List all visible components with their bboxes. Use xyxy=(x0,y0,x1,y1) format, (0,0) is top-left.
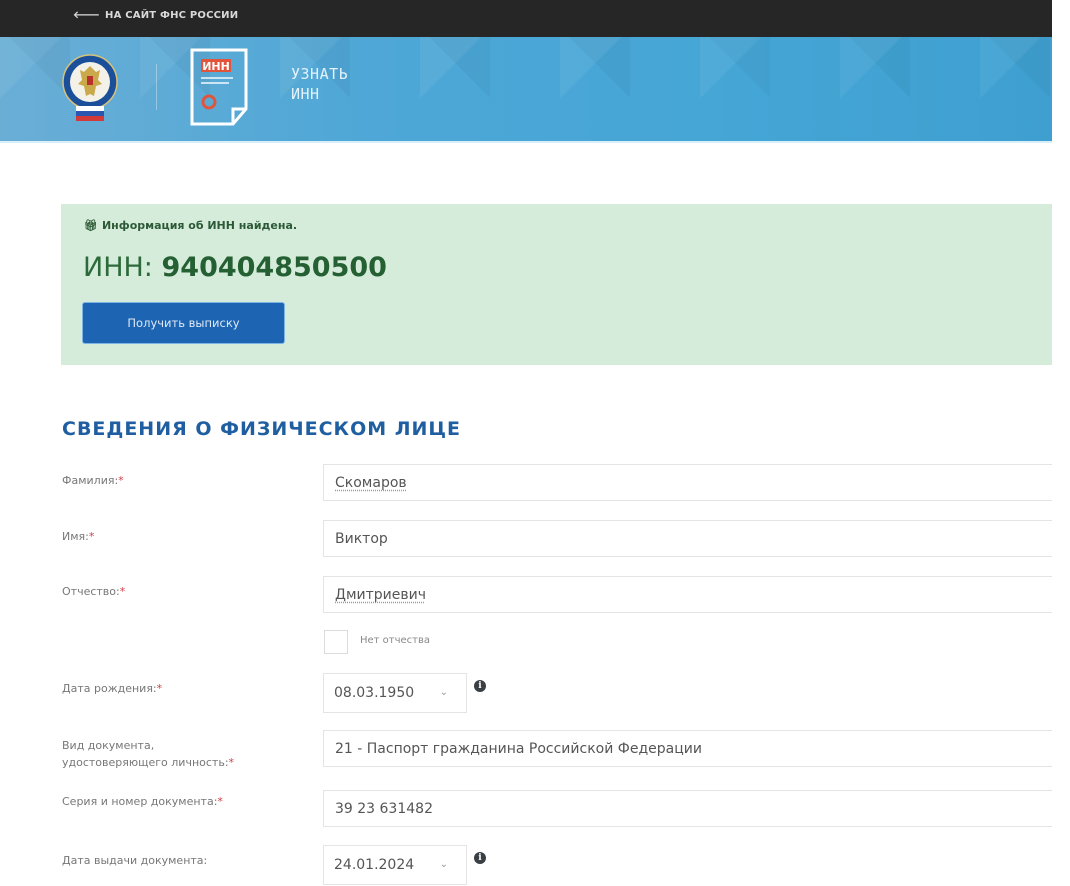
doc-type-label-line2: удостоверяющего личность: xyxy=(62,756,229,769)
birth-date-value: 08.03.1950 xyxy=(334,685,414,701)
birth-date-label: Дата рождения:* xyxy=(62,680,162,697)
issue-date-select[interactable]: 24.01.2024 ⌄ xyxy=(323,845,467,885)
surname-value: Скомаров xyxy=(335,475,407,491)
patronymic-input[interactable]: Дмитриевич xyxy=(323,576,1052,613)
back-to-fns-link[interactable]: 🡐НА САЙТ ФНС РОССИИ xyxy=(73,9,238,21)
service-header: ИНН УЗНАТЬ ИНН xyxy=(0,37,1052,143)
inn-result: ИНН: 940404850500 xyxy=(83,252,387,283)
patronymic-value: Дмитриевич xyxy=(335,587,426,603)
inn-value: 940404850500 xyxy=(162,252,387,283)
required-mark: * xyxy=(157,682,163,695)
back-link-label: НА САЙТ ФНС РОССИИ xyxy=(105,10,238,21)
doc-type-label: Вид документа, удостоверяющего личность:… xyxy=(62,737,234,771)
required-mark: * xyxy=(118,474,124,487)
alert-text: Информация об ИНН найдена. xyxy=(102,219,297,232)
surname-input[interactable]: Скомаров xyxy=(323,464,1052,501)
arrow-left-icon: 🡐 xyxy=(73,10,100,21)
fns-emblem-icon[interactable] xyxy=(62,50,118,126)
required-mark: * xyxy=(89,530,95,543)
service-title-line1: УЗНАТЬ xyxy=(291,64,348,84)
doc-type-label-line1: Вид документа, xyxy=(62,737,234,754)
inn-label: ИНН: xyxy=(83,252,153,283)
name-input[interactable]: Виктор xyxy=(323,520,1052,557)
service-title: УЗНАТЬ ИНН xyxy=(291,64,348,104)
required-mark: * xyxy=(217,795,223,808)
issue-date-value: 24.01.2024 xyxy=(334,857,414,873)
surname-label: Фамилия:* xyxy=(62,472,124,489)
chevron-down-icon: ⌄ xyxy=(440,674,448,712)
no-patronymic-checkbox[interactable] xyxy=(324,630,348,654)
issue-date-label: Дата выдачи документа: xyxy=(62,852,207,869)
alert-message: 🎁︎Информация об ИНН найдена. xyxy=(84,219,297,232)
required-mark: * xyxy=(229,756,235,769)
doc-number-input[interactable]: 39 23 631482 xyxy=(323,790,1052,827)
gift-icon: 🎁︎ xyxy=(84,219,98,232)
birth-date-select[interactable]: 08.03.1950 ⌄ xyxy=(323,673,467,713)
required-mark: * xyxy=(120,585,126,598)
info-icon[interactable]: i xyxy=(474,680,486,692)
name-value: Виктор xyxy=(335,531,388,547)
section-title: СВЕДЕНИЯ О ФИЗИЧЕСКОМ ЛИЦЕ xyxy=(62,418,461,440)
doc-type-value: 21 - Паспорт гражданина Российской Федер… xyxy=(335,741,702,757)
inn-found-alert: 🎁︎Информация об ИНН найдена. ИНН: 940404… xyxy=(61,204,1052,365)
info-icon[interactable]: i xyxy=(474,852,486,864)
top-bar: 🡐НА САЙТ ФНС РОССИИ xyxy=(0,0,1052,37)
svg-text:ИНН: ИНН xyxy=(202,60,230,73)
patronymic-label: Отчество:* xyxy=(62,583,125,600)
header-divider xyxy=(156,64,157,110)
doc-number-label: Серия и номер документа:* xyxy=(62,793,223,810)
doc-number-value: 39 23 631482 xyxy=(335,801,433,817)
get-extract-button[interactable]: Получить выписку xyxy=(83,303,284,343)
inn-document-icon: ИНН xyxy=(189,47,249,127)
name-label: Имя:* xyxy=(62,528,94,545)
doc-type-select[interactable]: 21 - Паспорт гражданина Российской Федер… xyxy=(323,730,1052,767)
service-title-line2: ИНН xyxy=(291,84,348,104)
chevron-down-icon: ⌄ xyxy=(440,846,448,884)
no-patronymic-label[interactable]: Нет отчества xyxy=(360,635,430,646)
